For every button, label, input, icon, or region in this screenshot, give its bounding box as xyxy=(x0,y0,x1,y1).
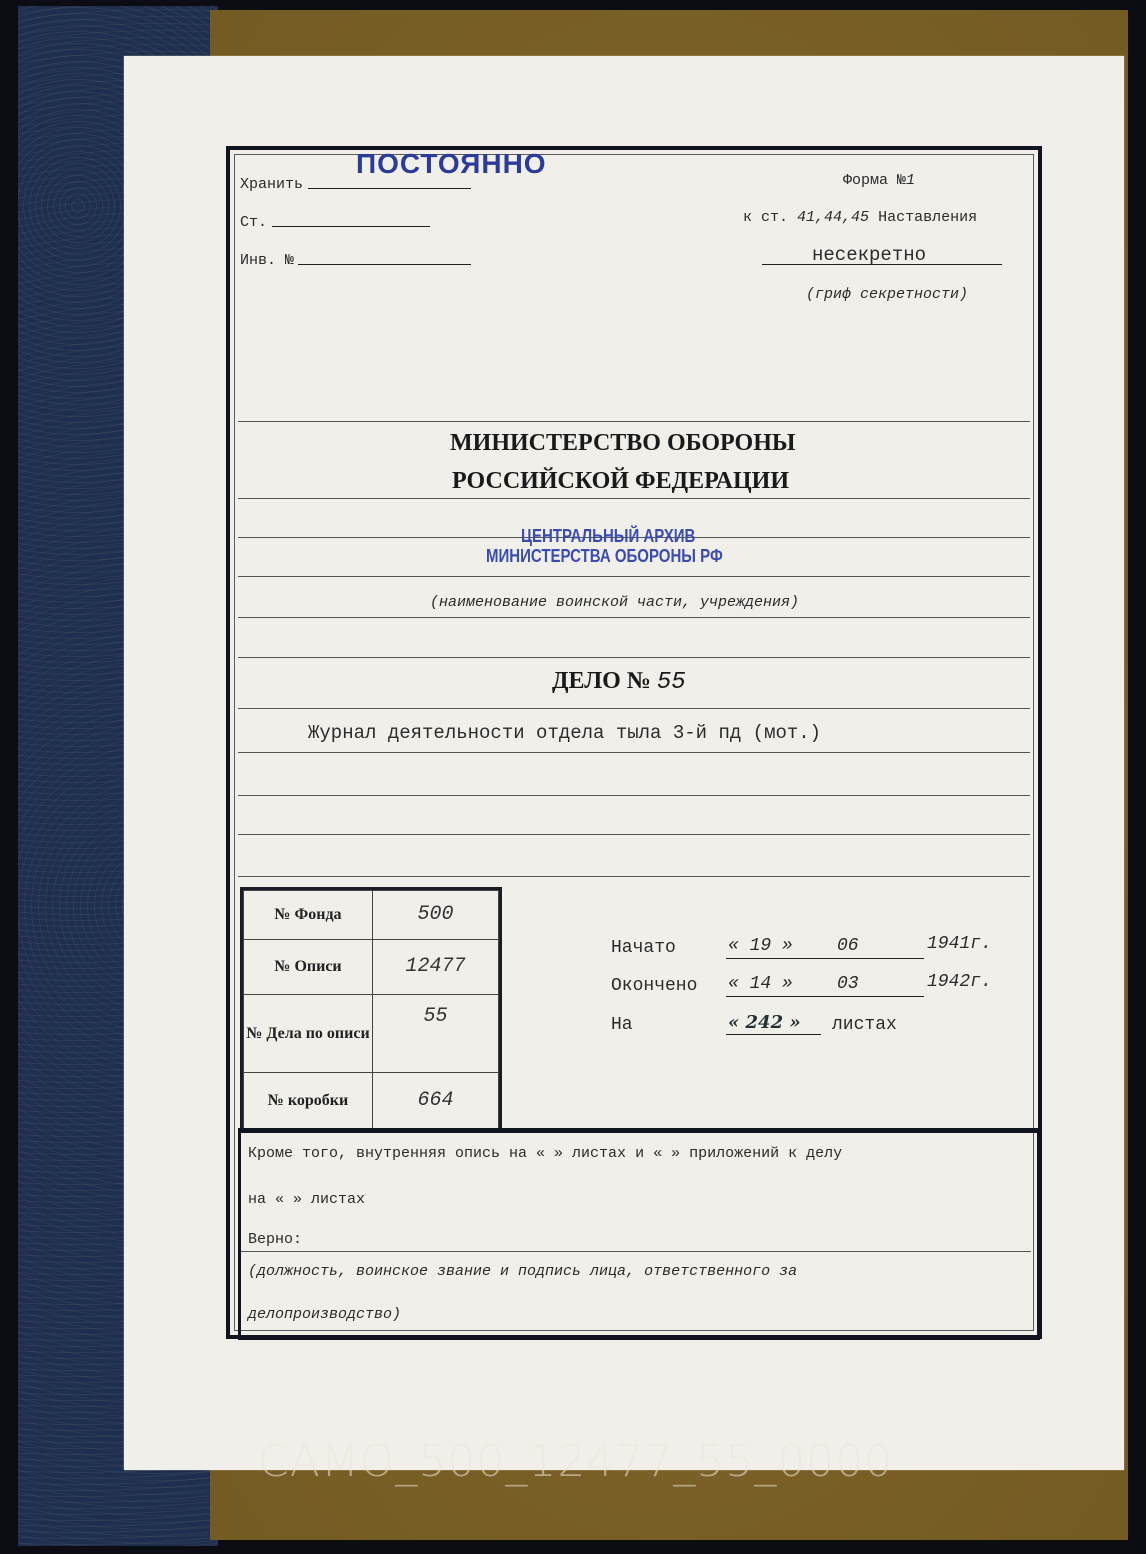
opis-value: 12477 xyxy=(373,939,499,995)
sheets-suffix: листах xyxy=(832,1015,897,1035)
article-prefix: к ст. xyxy=(743,209,788,226)
form-line xyxy=(238,876,1030,877)
ministry-line-1: МИНИСТЕРСТВО ОБОРОНЫ xyxy=(450,430,795,457)
form-line xyxy=(238,421,1030,422)
ended-line xyxy=(726,996,924,997)
form-label-text: Форма № xyxy=(843,172,906,189)
case-number: 55 xyxy=(657,669,686,696)
ended-year: 1942г. xyxy=(927,972,992,992)
case-title: ДЕЛО № 55 xyxy=(552,668,686,696)
classification-line xyxy=(762,264,1002,265)
case-description: Журнал деятельности отдела тыла 3-й пд (… xyxy=(308,722,821,744)
responsible-line-1: (должность, воинское звание и подпись ли… xyxy=(248,1263,797,1280)
form-line xyxy=(238,834,1030,835)
sheets-value: « 242 » xyxy=(728,1012,801,1033)
sheets-line xyxy=(726,1034,821,1035)
started-line xyxy=(726,958,924,959)
st-label: Ст. xyxy=(240,214,267,231)
st-field-line xyxy=(272,226,430,227)
fond-value: 500 xyxy=(373,891,499,940)
verified-label: Верно: xyxy=(248,1231,302,1248)
box-value: 664 xyxy=(373,1073,499,1129)
form-line xyxy=(238,617,1030,618)
started-year: 1941г. xyxy=(927,934,992,954)
inv-field-line xyxy=(298,264,471,265)
form-line xyxy=(238,752,1030,753)
article-numbers: 41,44,45 xyxy=(797,209,869,226)
archive-reference-table: № Фонда 500 № Описи 12477 № Дела по опис… xyxy=(240,887,502,1132)
archive-stamp-line-2: МИНИСТЕРСТВА ОБОРОНЫ РФ xyxy=(486,546,723,566)
form-line xyxy=(238,576,1030,577)
form-line xyxy=(238,657,1030,658)
unit-name-caption: (наименование воинской части, учреждения… xyxy=(430,594,799,611)
form-line xyxy=(238,498,1030,499)
fond-label: № Фонда xyxy=(244,891,373,940)
inv-label: Инв. № xyxy=(240,252,294,269)
ended-month: 03 xyxy=(837,974,859,994)
delo-value: 55 xyxy=(373,995,499,1073)
form-line xyxy=(241,1251,1031,1252)
ministry-line-2: РОССИЙСКОЙ ФЕДЕРАЦИИ xyxy=(452,468,789,495)
article-ref: к ст. 41,44,45 Наставления xyxy=(743,209,977,226)
form-label: Форма №1 xyxy=(843,172,915,189)
sheets-label: На xyxy=(611,1015,633,1035)
classification-value: несекретно xyxy=(812,244,926,266)
article-suffix: Наставления xyxy=(878,209,977,226)
opis-label: № Описи xyxy=(244,939,373,995)
form-number: 1 xyxy=(906,172,915,189)
inventory-line: Кроме того, внутренняя опись на « » лист… xyxy=(248,1145,842,1162)
archive-watermark: CAMO_500_12477_55_0000 xyxy=(258,1436,893,1487)
form-line xyxy=(238,708,1030,709)
keep-label: Хранить xyxy=(240,176,303,193)
inventory-sheets-line: на « » листах xyxy=(248,1191,365,1208)
classification-caption: (гриф секретности) xyxy=(806,286,968,303)
ended-label: Окончено xyxy=(611,976,697,996)
started-day: « 19 » xyxy=(728,936,793,956)
form-line xyxy=(238,795,1030,796)
delo-label: № Дела по описи xyxy=(244,995,373,1073)
box-label: № коробки xyxy=(244,1073,373,1129)
started-month: 06 xyxy=(837,936,859,956)
archive-stamp-line-1: ЦЕНТРАЛЬНЫЙ АРХИВ xyxy=(521,526,695,546)
ended-day: « 14 » xyxy=(728,974,793,994)
responsible-line-2: делопроизводство) xyxy=(248,1306,401,1323)
started-label: Начато xyxy=(611,938,676,958)
keep-stamp: ПОСТОЯННО xyxy=(356,148,547,180)
keep-field-line xyxy=(308,188,471,189)
case-title-label: ДЕЛО № xyxy=(552,668,651,694)
